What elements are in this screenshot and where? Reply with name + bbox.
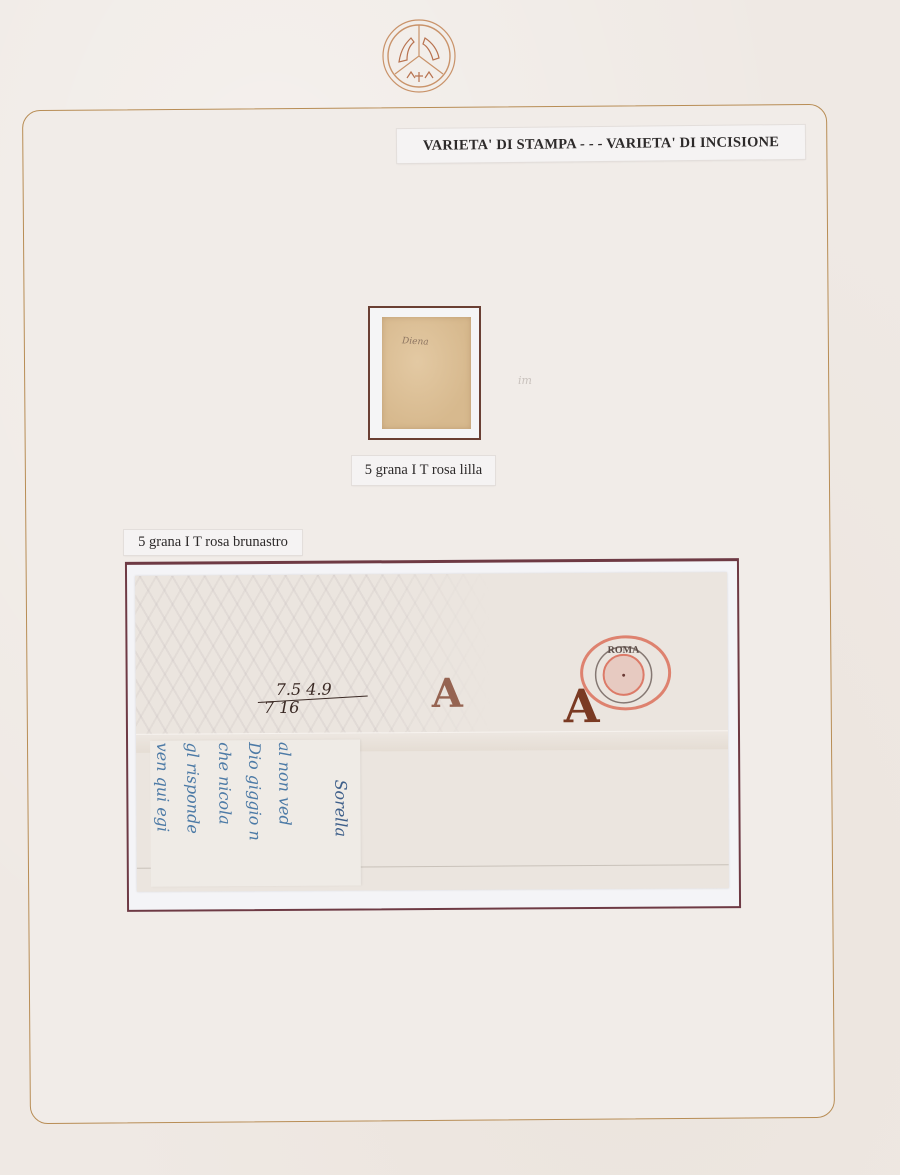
letter-line: gl risponde [183,742,203,833]
letter-line: al non ved [275,742,295,826]
rate-top: 7.5 4.9 [276,681,332,699]
svg-text:•: • [622,670,626,682]
stamp-caption-label: 5 grana I T rosa lilla [352,456,495,485]
rate-bottom: 7 16 [264,699,332,717]
letter-line: ven qui egi [153,743,173,833]
transit-mark-a-left: A [432,670,463,717]
cover-mount: 7.5 4.9 7 16 A A ROMA • ven qui egi gl r… [125,558,741,912]
stamp-caption: 5 grana I T rosa lilla [365,462,482,479]
cover-caption-label: 5 grana I T rosa brunastro [124,530,302,555]
rate-notation: 7.5 4.9 7 16 [264,681,332,717]
stamp-back-image: Diena [382,317,471,429]
cover-caption: 5 grana I T rosa brunastro [138,534,288,551]
letter-line: che nicola [215,742,235,825]
heraldic-crest-icon [381,18,457,94]
letter-text-panel: ven qui egi gl risponde che nicola Dio g… [150,739,361,886]
letter-line: Dio giggio n [245,742,265,841]
page-title-label: VARIETA' DI STAMPA - - - VARIETA' DI INC… [397,125,805,163]
stamp-mount: Diena [368,306,481,440]
folded-letter-cover: 7.5 4.9 7 16 A A ROMA • ven qui egi gl r… [135,572,729,892]
roma-postmark-icon: ROMA • [573,629,674,718]
page-title: VARIETA' DI STAMPA - - - VARIETA' DI INC… [423,134,779,155]
expert-signature: Diena [402,336,429,347]
letter-signature: Sorella [331,780,350,838]
postmark-city: ROMA [608,645,641,656]
pencil-note: im [518,374,532,387]
